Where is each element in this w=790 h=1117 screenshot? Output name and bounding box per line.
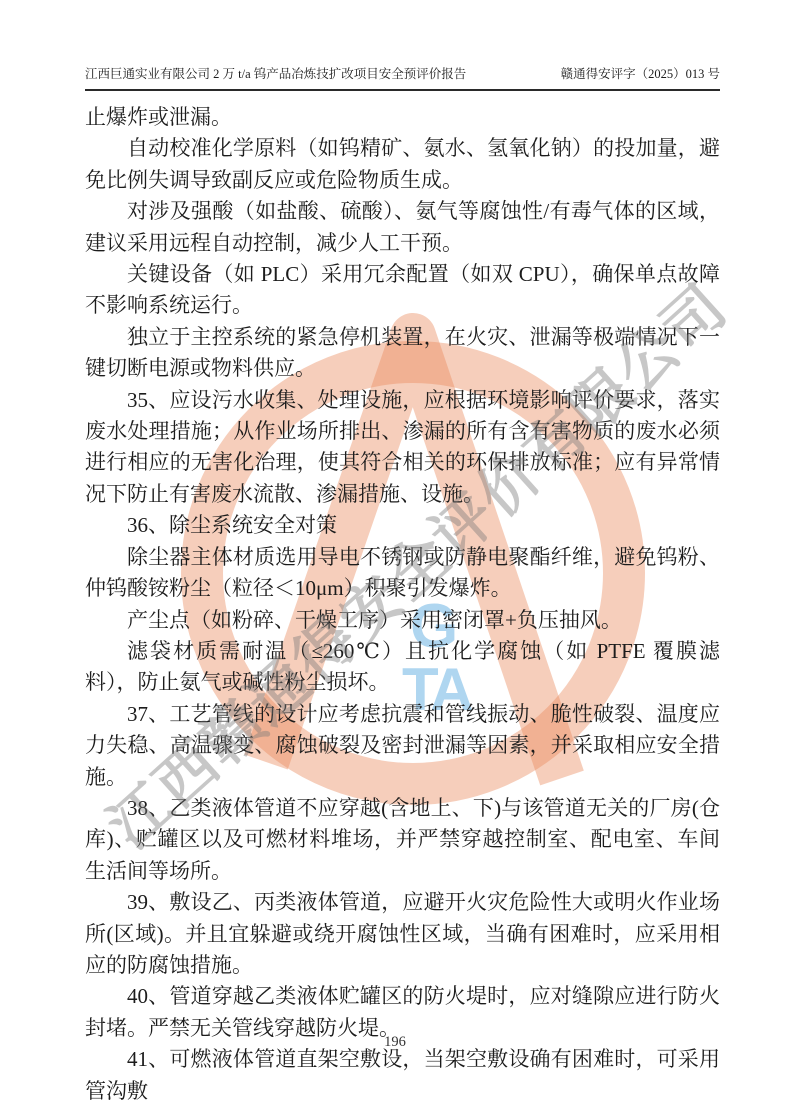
paragraph: 止爆炸或泄漏。 <box>85 102 720 133</box>
page-number: 196 <box>0 1034 790 1051</box>
paragraph: 独立于主控系统的紧急停机装置，在火灾、泄漏等极端情况下一键切断电源或物料供应。 <box>85 322 720 385</box>
paragraph: 38、乙类液体管道不应穿越(含地上、下)与该管道无关的厂房(仓库)、贮罐区以及可… <box>85 793 720 887</box>
header-document-number: 赣通得安评字（2025）013 号 <box>561 64 720 82</box>
paragraph: 产尘点（如粉碎、干燥工序）采用密闭罩+负压抽风。 <box>85 605 720 636</box>
paragraph: 39、敷设乙、丙类液体管道，应避开火灾危险性大或明火作业场所(区域)。并且宜躲避… <box>85 887 720 981</box>
paragraph: 自动校准化学原料（如钨精矿、氨水、氢氧化钠）的投加量，避免比例失调导致副反应或危… <box>85 133 720 196</box>
document-body: 止爆炸或泄漏。自动校准化学原料（如钨精矿、氨水、氢氧化钠）的投加量，避免比例失调… <box>85 102 720 1107</box>
header-report-title: 江西巨通实业有限公司 2 万 t/a 钨产品冶炼技扩改项目安全预评价报告 <box>85 64 466 82</box>
paragraph: 除尘器主体材质选用导电不锈钢或防静电聚酯纤维，避免钨粉、仲钨酸铵粉尘（粒径＜10… <box>85 542 720 605</box>
paragraph: 36、除尘系统安全对策 <box>85 510 720 541</box>
paragraph: 关键设备（如 PLC）采用冗余配置（如双 CPU），确保单点故障不影响系统运行。 <box>85 259 720 322</box>
document-page: G TA 江西赣通得安全评价有限公司 江西巨通实业有限公司 2 万 t/a 钨产… <box>0 0 790 1117</box>
paragraph: 35、应设污水收集、处理设施，应根据环境影响评价要求，落实废水处理措施；从作业场… <box>85 385 720 511</box>
paragraph: 对涉及强酸（如盐酸、硫酸）、氨气等腐蚀性/有毒气体的区域，建议采用远程自动控制，… <box>85 196 720 259</box>
page-header: 江西巨通实业有限公司 2 万 t/a 钨产品冶炼技扩改项目安全预评价报告 赣通得… <box>85 64 720 91</box>
paragraph: 滤袋材质需耐温（≤260℃）且抗化学腐蚀（如 PTFE 覆膜滤料），防止氨气或碱… <box>85 636 720 699</box>
paragraph: 37、工艺管线的设计应考虑抗震和管线振动、脆性破裂、温度应力失稳、高温骤变、腐蚀… <box>85 699 720 793</box>
paragraph: 41、可燃液体管道直架空敷设，当架空敷设确有困难时，可采用管沟敷 <box>85 1044 720 1107</box>
